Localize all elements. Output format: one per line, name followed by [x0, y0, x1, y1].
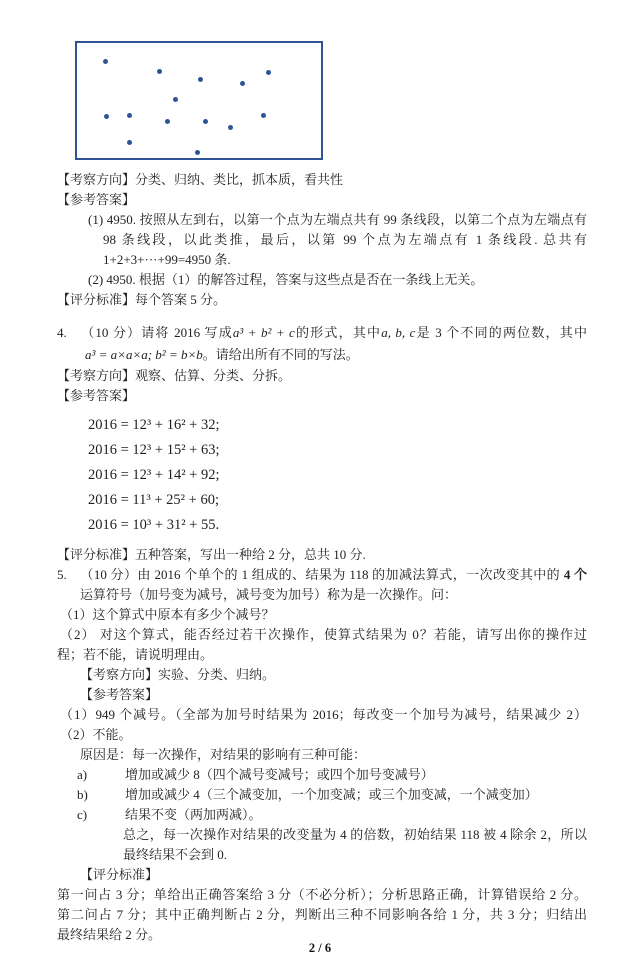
q4-equation-2: 2016 = 12³ + 15² + 63;: [88, 438, 587, 463]
dot: [228, 125, 233, 130]
q4-number: 4.: [57, 322, 80, 344]
dot: [157, 69, 162, 74]
dot: [103, 59, 108, 64]
dot: [173, 97, 178, 102]
q5-answer2-line: （2）不能。: [60, 725, 587, 745]
q4-equation-1: 2016 = 12³ + 16² + 32;: [88, 413, 587, 438]
q5-case-b-text: 增加或减少 4（三个减变加，一个加变减；或三个加变减，一个减变加）: [125, 787, 538, 802]
q5-stem-line1: 5.（10 分）由 2016 个单个的 1 组成的、结果为 118 的加减法算式…: [57, 565, 587, 585]
page-content: 【考察方向】分类、归纳、类比，抓本质，看共性 【参考答案】 (1) 4950. …: [57, 170, 587, 945]
q5-case-c-text: 结果不变（两加两减）。: [125, 807, 262, 822]
q3-answer1-line1: (1) 4950. 按照从左到右，以第一个点为左端点共有 99 条线段，以第二个…: [88, 210, 587, 230]
page-number: 2 / 6: [0, 941, 640, 956]
q5-case-c-label: c): [77, 805, 125, 825]
q3-answer1-line2: 98 条线段，以此类推，最后，以第 99 个点为左端点有 1 条线段. 总共有: [103, 230, 587, 250]
q4-equation-list: 2016 = 12³ + 16² + 32; 2016 = 12³ + 15² …: [88, 413, 587, 538]
q5-stem-text-a: （10 分）由 2016 个单个的 1 组成的、结果为 118 的加减法算式，一…: [80, 567, 560, 582]
q5-reason-intro: 原因是：每一次操作，对结果的影响有三种可能：: [80, 745, 587, 765]
q5-stem-line2: 运算符号（加号变为减号，减号变为加号）称为是一次操作。问：: [80, 585, 587, 605]
dots-figure: [75, 41, 323, 160]
q4-answer-label: 【参考答案】: [57, 386, 587, 406]
q5-case-c: c)结果不变（两加两减）。: [77, 805, 587, 825]
dot: [127, 113, 132, 118]
q5-summary-line1: 总之，每一次操作对结果的改变量为 4 的倍数，初始结果 118 被 4 除余 2…: [123, 825, 587, 845]
q4-formula-vars: a, b, c: [381, 325, 415, 340]
dot: [261, 113, 266, 118]
q5-answer1-line: （1）949 个减号。（全部为加号时结果为 2016；每改变一个加号为减号，结果…: [60, 705, 587, 725]
q5-answer-label: 【参考答案】: [80, 685, 587, 705]
q5-scoring-line1: 第一问占 3 分；单给出正确答案给 3 分（不必分析）；分析思路正确，计算错误给…: [57, 885, 587, 905]
q4-stem-text-a: （10 分）请将 2016 写成: [80, 325, 233, 340]
q5-subquestion1: （1）这个算式中原本有多少个减号？: [60, 605, 587, 625]
q3-scoring-line: 【评分标准】每个答案 5 分。: [57, 290, 587, 310]
q3-direction-line: 【考察方向】分类、归纳、类比，抓本质，看共性: [57, 170, 587, 190]
q5-stem-bold-count: 4 个: [564, 567, 587, 582]
dot: [240, 81, 245, 86]
q5-number: 5.: [57, 565, 80, 585]
dot: [127, 140, 132, 145]
q4-direction-line: 【考察方向】观察、估算、分类、分拆。: [57, 366, 587, 386]
q4-scoring-line: 【评分标准】五种答案，写出一种给 2 分，总共 10 分.: [57, 545, 587, 565]
q5-scoring-label: 【评分标准】: [80, 865, 587, 885]
dot: [195, 150, 200, 155]
q5-scoring-line2: 第二问占 7 分；其中正确判断占 2 分，判断出三种不同影响各给 1 分，共 3…: [57, 905, 587, 925]
q5-direction-line: 【考察方向】实验、分类、归纳。: [80, 665, 587, 685]
q4-formula-abc: a³ + b² + c: [233, 325, 295, 340]
q5-subquestion2-line1: （2） 对这个算式，能否经过若干次操作，使算式结果为 0？若能，请写出你的操作过: [60, 625, 587, 645]
q3-answer-label: 【参考答案】: [57, 190, 587, 210]
dot: [203, 119, 208, 124]
q5-case-a-label: a): [77, 765, 125, 785]
dot: [165, 119, 170, 124]
q4-equation-4: 2016 = 11³ + 25² + 60;: [88, 488, 587, 513]
dot: [198, 77, 203, 82]
q5-case-a: a)增加或减少 8（四个减号变减号；或四个加号变减号）: [77, 765, 587, 785]
q5-case-b-label: b): [77, 785, 125, 805]
q3-answer1-line3: 1+2+3+···+99=4950 条.: [103, 250, 587, 270]
document-page: 【考察方向】分类、归纳、类比，抓本质，看共性 【参考答案】 (1) 4950. …: [0, 0, 640, 975]
q5-case-a-text: 增加或减少 8（四个减号变减号；或四个加号变减号）: [125, 767, 434, 782]
q4-equation-5: 2016 = 10³ + 31² + 55.: [88, 513, 587, 538]
dot: [266, 70, 271, 75]
q5-case-b: b)增加或减少 4（三个减变加，一个加变减；或三个加变减，一个减变加）: [77, 785, 587, 805]
q4-stem-line2-text: 。请给出所有不同的写法。: [203, 347, 359, 362]
q5-subquestion2-line2: 程；若不能，请说明理由。: [57, 645, 587, 665]
q4-stem-line1: 4.（10 分）请将 2016 写成a³ + b² + c的形式，其中a, b,…: [57, 322, 587, 344]
q5-summary-line2: 最终结果不会到 0.: [123, 845, 587, 865]
dot: [104, 114, 109, 119]
q4-stem-text-b: 的形式，其中: [295, 325, 381, 340]
q3-answer2-line: (2) 4950. 根据（1）的解答过程，答案与这些点是否在一条线上无关。: [88, 270, 587, 290]
q4-formula-defs: a³ = a×a×a; b² = b×b: [85, 347, 203, 362]
q4-stem-text-c: 是 3 个不同的两位数，其中: [415, 325, 587, 340]
q4-stem-line2: a³ = a×a×a; b² = b×b。请给出所有不同的写法。: [85, 344, 587, 366]
q4-equation-3: 2016 = 12³ + 14² + 92;: [88, 463, 587, 488]
